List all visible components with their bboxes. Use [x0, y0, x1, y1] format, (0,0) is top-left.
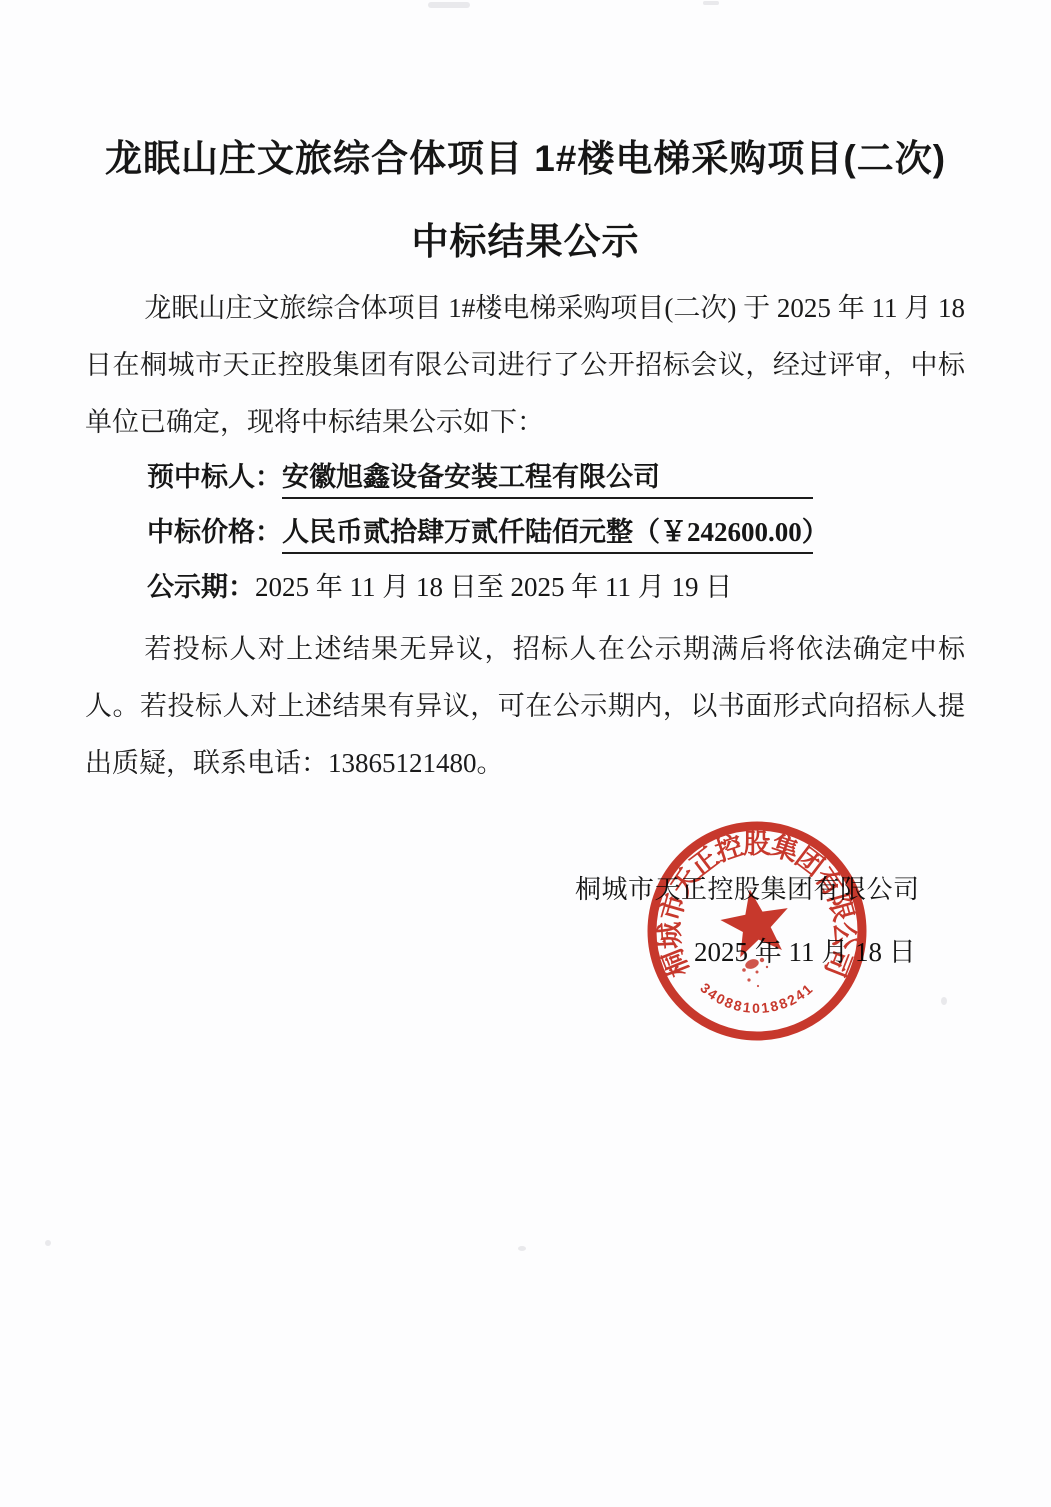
publicity-period-label: 公示期：	[147, 572, 255, 602]
seal-star-icon	[716, 884, 795, 960]
publicity-period-value: 2025 年 11 月 18 日至 2025 年 11 月 19 日	[255, 572, 732, 602]
result-fields: 预中标人：安徽旭鑫设备安装工程有限公司 中标价格：人民币贰拾肆万贰仟陆佰元整（￥…	[85, 450, 965, 615]
scan-speck	[45, 1240, 51, 1246]
seal-smudge	[742, 957, 768, 987]
awardee-value: 安徽旭鑫设备安装工程有限公司	[282, 460, 813, 499]
price-line: 中标价格：人民币贰拾肆万贰仟陆佰元整（￥242600.00）	[85, 505, 965, 560]
awardee-line: 预中标人：安徽旭鑫设备安装工程有限公司	[85, 450, 965, 505]
scan-speck	[428, 2, 470, 8]
scan-speck	[703, 1, 719, 5]
document-title-line-1: 龙眠山庄文旅综合体项目 1#楼电梯采购项目(二次)	[0, 128, 1051, 182]
scan-speck	[941, 997, 947, 1005]
document-title-line-2: 中标结果公示	[0, 211, 1051, 265]
publicity-period-line: 公示期：2025 年 11 月 18 日至 2025 年 11 月 19 日	[85, 560, 965, 615]
notice-paragraph: 若投标人对上述结果无异议，招标人在公示期满后将依法确定中标人。若投标人对上述结果…	[85, 621, 965, 792]
scan-speck	[518, 1246, 526, 1251]
awardee-label: 预中标人：	[147, 462, 282, 492]
price-label: 中标价格：	[147, 517, 282, 547]
price-value: 人民币贰拾肆万贰仟陆佰元整（￥242600.00）	[282, 515, 813, 554]
document-page: 龙眠山庄文旅综合体项目 1#楼电梯采购项目(二次) 中标结果公示 龙眠山庄文旅综…	[0, 0, 1051, 1507]
intro-paragraph: 龙眠山庄文旅综合体项目 1#楼电梯采购项目(二次) 于 2025 年 11 月 …	[85, 280, 965, 451]
seal-serial-number: 3408810188241	[697, 980, 816, 1016]
company-seal: 桐城市天正控股集团有限公司 3408810188241	[640, 814, 874, 1048]
